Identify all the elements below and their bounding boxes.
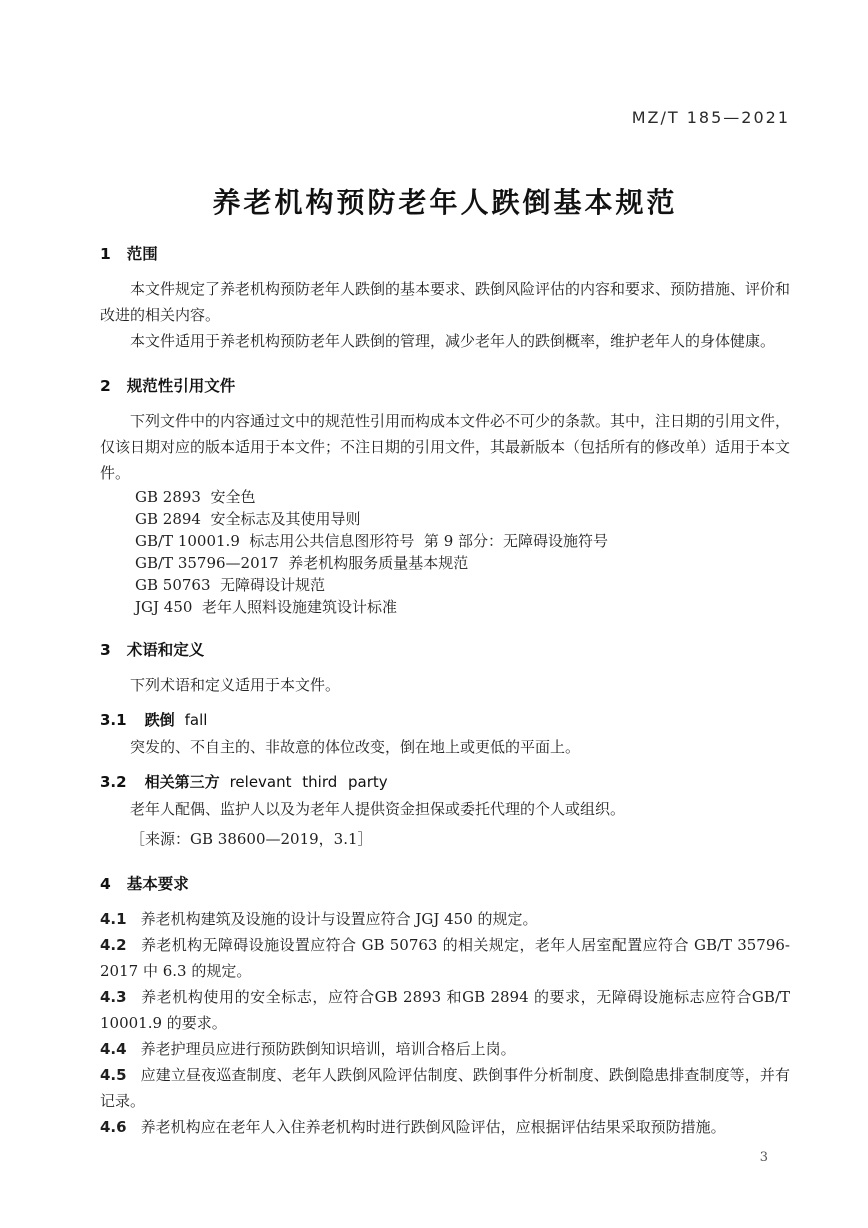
paragraph: 本文件规定了养老机构预防老年人跌倒的基本要求、跌倒风险评估的内容和要求、预防措施… (100, 276, 790, 328)
section-basic-requirements: 4基本要求 4.1养老机构建筑及设施的设计与设置应符合 JGJ 450 的规定。… (100, 874, 790, 1140)
clause: 4.3养老机构使用的安全标志，应符合GB 2893 和GB 2894 的要求，无… (100, 984, 790, 1036)
term-definition: 老年人配偶、监护人以及为老年人提供资金担保或委托代理的个人或组织。 (100, 796, 790, 822)
clause: 4.1养老机构建筑及设施的设计与设置应符合 JGJ 450 的规定。 (100, 906, 790, 932)
section-scope: 1范围 本文件规定了养老机构预防老年人跌倒的基本要求、跌倒风险评估的内容和要求、… (100, 244, 790, 354)
reference-item: JGJ 450 老年人照料设施建筑设计标准 (135, 596, 790, 618)
clause-text: 养老护理员应进行预防跌倒知识培训，培训合格后上岗。 (141, 1040, 516, 1058)
term-zh: 跌倒 (145, 711, 175, 729)
clause-number: 4.5 (100, 1066, 127, 1084)
section-number: 4 (100, 875, 111, 893)
clause-number: 4.2 (100, 936, 127, 954)
page-number: 3 (760, 1150, 768, 1166)
clause: 4.2养老机构无障碍设施设置应符合 GB 50763 的相关规定，老年人居室配置… (100, 932, 790, 984)
section-heading: 1范围 (100, 244, 790, 264)
reference-item: GB 50763 无障碍设计规范 (135, 574, 790, 596)
doc-number: MZ/T 185—2021 (100, 108, 790, 128)
clause-text: 养老机构无障碍设施设置应符合 GB 50763 的相关规定，老年人居室配置应符合… (100, 936, 790, 980)
clause-text: 养老机构应在老年人入住养老机构时进行跌倒风险评估，应根据评估结果采取预防措施。 (141, 1118, 726, 1136)
section-number: 3 (100, 641, 111, 659)
term-definition: 突发的、不自主的、非故意的体位改变，倒在地上或更低的平面上。 (100, 734, 790, 760)
paragraph: 本文件适用于养老机构预防老年人跌倒的管理，减少老年人的跌倒概率，维护老年人的身体… (100, 328, 790, 354)
section-terms-definitions: 3术语和定义 下列术语和定义适用于本文件。 3.1跌倒fall 突发的、不自主的… (100, 640, 790, 852)
term-heading: 3.2相关第三方relevant third party (100, 772, 790, 792)
section-heading: 3术语和定义 (100, 640, 790, 660)
term-source-note: ［来源：GB 38600—2019，3.1］ (100, 826, 790, 852)
section-heading-label: 范围 (127, 245, 158, 263)
section-heading-label: 术语和定义 (127, 641, 205, 659)
section-heading-label: 规范性引用文件 (127, 377, 236, 395)
document-title: 养老机构预防老年人跌倒基本规范 (100, 184, 790, 222)
term-en: fall (185, 711, 208, 729)
reference-item: GB 2894 安全标志及其使用导则 (135, 508, 790, 530)
reference-item: GB 2893 安全色 (135, 486, 790, 508)
clause: 4.6养老机构应在老年人入住养老机构时进行跌倒风险评估，应根据评估结果采取预防措… (100, 1114, 790, 1140)
reference-item: GB/T 35796—2017 养老机构服务质量基本规范 (135, 552, 790, 574)
clause-number: 4.1 (100, 910, 127, 928)
term-heading: 3.1跌倒fall (100, 710, 790, 730)
clause-number: 4.4 (100, 1040, 127, 1058)
term-en: relevant third party (230, 773, 388, 791)
term-entry: 3.2相关第三方relevant third party 老年人配偶、监护人以及… (100, 772, 790, 852)
document-page: MZ/T 185—2021 养老机构预防老年人跌倒基本规范 1范围 本文件规定了… (0, 0, 868, 1228)
clause-text: 应建立昼夜巡查制度、老年人跌倒风险评估制度、跌倒事件分析制度、跌倒隐患排查制度等… (100, 1066, 790, 1110)
reference-list: GB 2893 安全色 GB 2894 安全标志及其使用导则 GB/T 1000… (135, 486, 790, 618)
term-number: 3.1 (100, 711, 127, 729)
section-normative-references: 2规范性引用文件 下列文件中的内容通过文中的规范性引用而构成本文件必不可少的条款… (100, 376, 790, 618)
section-number: 1 (100, 245, 111, 263)
reference-item: GB/T 10001.9 标志用公共信息图形符号 第 9 部分：无障碍设施符号 (135, 530, 790, 552)
clause: 4.4养老护理员应进行预防跌倒知识培训，培训合格后上岗。 (100, 1036, 790, 1062)
paragraph: 下列文件中的内容通过文中的规范性引用而构成本文件必不可少的条款。其中，注日期的引… (100, 408, 790, 486)
clause: 4.5应建立昼夜巡查制度、老年人跌倒风险评估制度、跌倒事件分析制度、跌倒隐患排查… (100, 1062, 790, 1114)
clause-number: 4.6 (100, 1118, 127, 1136)
paragraph: 下列术语和定义适用于本文件。 (100, 672, 790, 698)
term-number: 3.2 (100, 773, 127, 791)
section-heading: 4基本要求 (100, 874, 790, 894)
section-heading: 2规范性引用文件 (100, 376, 790, 396)
clause-text: 养老机构使用的安全标志，应符合GB 2893 和GB 2894 的要求，无障碍设… (100, 988, 790, 1032)
clause-number: 4.3 (100, 988, 127, 1006)
section-heading-label: 基本要求 (127, 875, 189, 893)
term-entry: 3.1跌倒fall 突发的、不自主的、非故意的体位改变，倒在地上或更低的平面上。 (100, 710, 790, 760)
clause-text: 养老机构建筑及设施的设计与设置应符合 JGJ 450 的规定。 (141, 910, 538, 928)
section-number: 2 (100, 377, 111, 395)
term-zh: 相关第三方 (145, 773, 220, 791)
